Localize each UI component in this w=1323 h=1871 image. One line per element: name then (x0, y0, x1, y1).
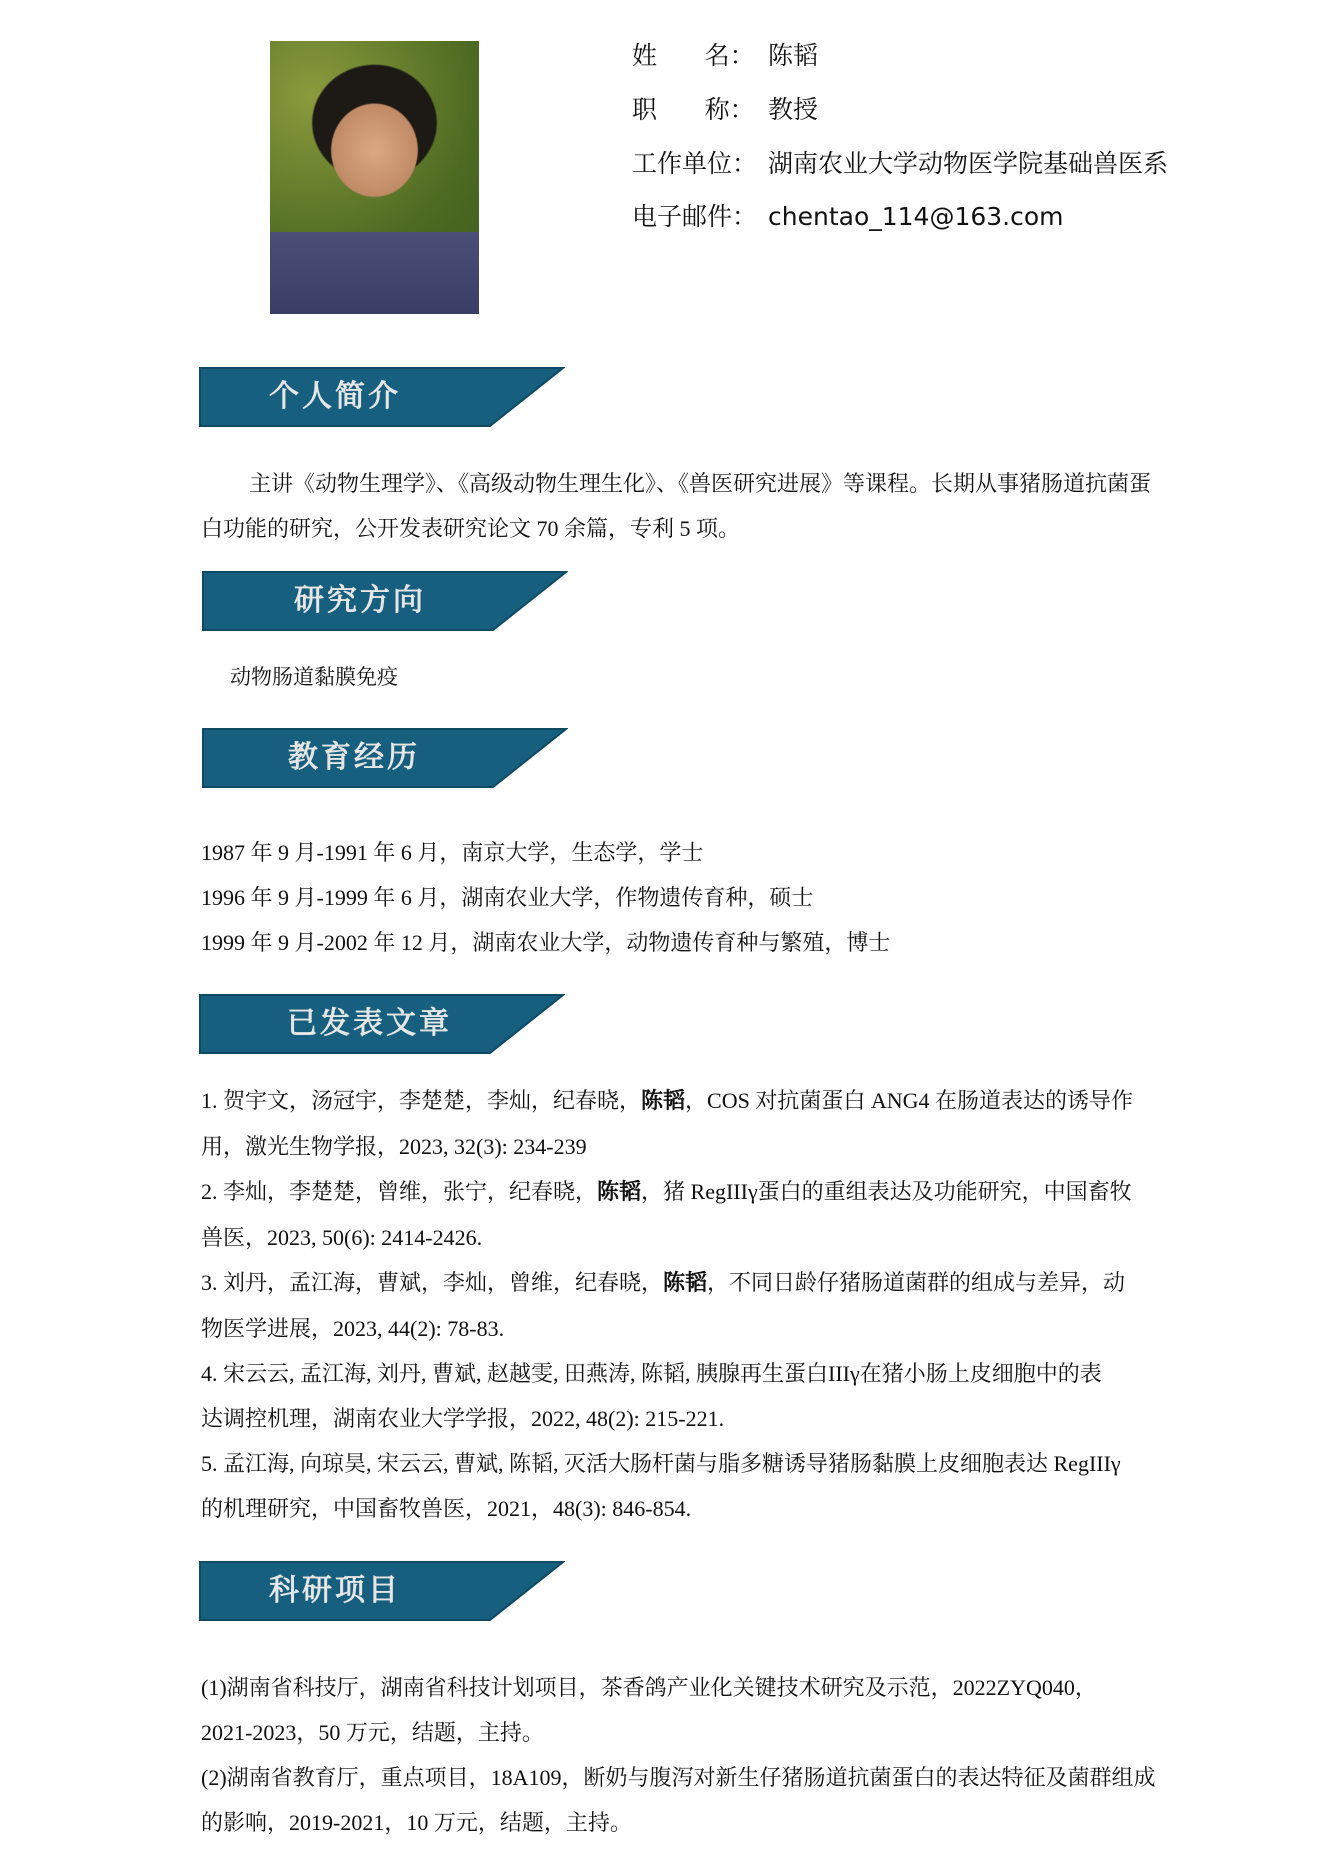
info-name: 姓 名：陈韬 (632, 41, 818, 71)
section-title: 科研项目 (269, 1561, 401, 1621)
info-email: 电子邮件：chentao_114@163.com (632, 202, 1064, 232)
info-label: 职 称： (632, 95, 768, 125)
section-title: 个人简介 (269, 367, 401, 427)
pub-author-highlight: 陈韬 (597, 1180, 641, 1205)
info-label: 电子邮件： (632, 202, 768, 232)
pub-title: ，COS 对抗菌蛋白 ANG4 在肠道表达的诱导作 (685, 1088, 1133, 1113)
education-item: 1999 年 9 月-2002 年 12 月，湖南农业大学，动物遗传育种与繁殖，… (201, 920, 1206, 965)
publication-item: 4. 宋云云, 孟江海, 刘丹, 曹斌, 赵越雯, 田燕涛, 陈韬, 胰腺再生蛋… (201, 1351, 1206, 1396)
pub-citation: 兽医，2023, 50(6): 2414-2426. (201, 1215, 1206, 1260)
project-item-cont: 2021-2023，50 万元，结题，主持。 (201, 1710, 1206, 1755)
section-banner-education: 教育经历 (202, 728, 568, 788)
section-title: 已发表文章 (287, 994, 452, 1054)
publication-list: 1. 贺宇文，汤冠宇，李楚楚，李灿，纪春晓，陈韬，COS 对抗菌蛋白 ANG4 … (201, 1078, 1206, 1531)
publication-item: 5. 孟江海, 向琼昊, 宋云云, 曹斌, 陈韬, 灭活大肠杆菌与脂多糖诱导猪肠… (201, 1441, 1206, 1486)
section-banner-projects: 科研项目 (199, 1561, 565, 1621)
section-title: 教育经历 (288, 728, 420, 788)
research-text: 动物肠道黏膜免疫 (230, 655, 1235, 700)
intro-line: 白功能的研究，公开发表研究论文 70 余篇，专利 5 项。 (201, 506, 1206, 551)
pub-citation: 物医学进展，2023, 44(2): 78-83. (201, 1306, 1206, 1351)
intro-paragraph: 主讲《动物生理学》、《高级动物生理生化》、《兽医研究进展》等课程。长期从事猪肠道… (201, 461, 1206, 551)
info-value: 湖南农业大学动物医学院基础兽医系 (768, 149, 1168, 178)
pub-citation: 用，激光生物学报，2023, 32(3): 234-239 (201, 1124, 1206, 1169)
section-title: 研究方向 (294, 571, 426, 631)
info-email-value[interactable]: chentao_114@163.com (768, 202, 1064, 231)
section-banner-publications: 已发表文章 (199, 994, 565, 1054)
pub-citation: 达调控机理，湖南农业大学学报，2022, 48(2): 215-221. (201, 1396, 1206, 1441)
pub-author-highlight: 陈韬 (641, 1089, 685, 1114)
education-list: 1987 年 9 月-1991 年 6 月，南京大学，生态学，学士 1996 年… (201, 830, 1206, 965)
intro-line: 主讲《动物生理学》、《高级动物生理生化》、《兽医研究进展》等课程。长期从事猪肠道… (201, 461, 1206, 506)
pub-authors: 2. 李灿，李楚楚，曾维，张宁，纪春晓， (201, 1179, 597, 1204)
section-banner-research: 研究方向 (202, 571, 568, 631)
info-label: 姓 名： (632, 41, 768, 71)
pub-citation: 的机理研究，中国畜牧兽医，2021，48(3): 846-854. (201, 1486, 1206, 1531)
project-item: (1)湖南省科技厅，湖南省科技计划项目，茶香鸽产业化关键技术研究及示范，2022… (201, 1665, 1206, 1710)
info-value: 教授 (768, 95, 818, 124)
pub-title: ，不同日龄仔猪肠道菌群的组成与差异，动 (707, 1270, 1125, 1295)
pub-author-highlight: 陈韬 (663, 1271, 707, 1296)
info-title: 职 称：教授 (632, 95, 818, 125)
pub-title: ，猪 RegIIIγ蛋白的重组表达及功能研究，中国畜牧 (641, 1179, 1132, 1204)
info-value: 陈韬 (768, 41, 818, 70)
section-banner-intro: 个人简介 (199, 367, 565, 427)
info-label: 工作单位： (632, 149, 768, 179)
pub-authors: 1. 贺宇文，汤冠宇，李楚楚，李灿，纪春晓， (201, 1088, 641, 1113)
publication-item: 1. 贺宇文，汤冠宇，李楚楚，李灿，纪春晓，陈韬，COS 对抗菌蛋白 ANG4 … (201, 1078, 1206, 1124)
project-item: (2)湖南省教育厅，重点项目，18A109，断奶与腹泻对新生仔猪肠道抗菌蛋白的表… (201, 1755, 1206, 1800)
education-item: 1987 年 9 月-1991 年 6 月，南京大学，生态学，学士 (201, 830, 1206, 875)
publication-item: 3. 刘丹，孟江海，曹斌，李灿，曾维，纪春晓，陈韬，不同日龄仔猪肠道菌群的组成与… (201, 1260, 1206, 1306)
info-organization: 工作单位：湖南农业大学动物医学院基础兽医系 (632, 149, 1168, 179)
publication-item: 2. 李灿，李楚楚，曾维，张宁，纪春晓，陈韬，猪 RegIIIγ蛋白的重组表达及… (201, 1169, 1206, 1215)
research-item: 动物肠道黏膜免疫 (230, 655, 1235, 700)
project-item-cont: 的影响，2019-2021，10 万元，结题，主持。 (201, 1800, 1206, 1845)
pub-authors: 3. 刘丹，孟江海，曹斌，李灿，曾维，纪春晓， (201, 1270, 663, 1295)
education-item: 1996 年 9 月-1999 年 6 月，湖南农业大学，作物遗传育种，硕士 (201, 875, 1206, 920)
portrait-photo (270, 41, 479, 314)
project-list: (1)湖南省科技厅，湖南省科技计划项目，茶香鸽产业化关键技术研究及示范，2022… (201, 1665, 1206, 1845)
